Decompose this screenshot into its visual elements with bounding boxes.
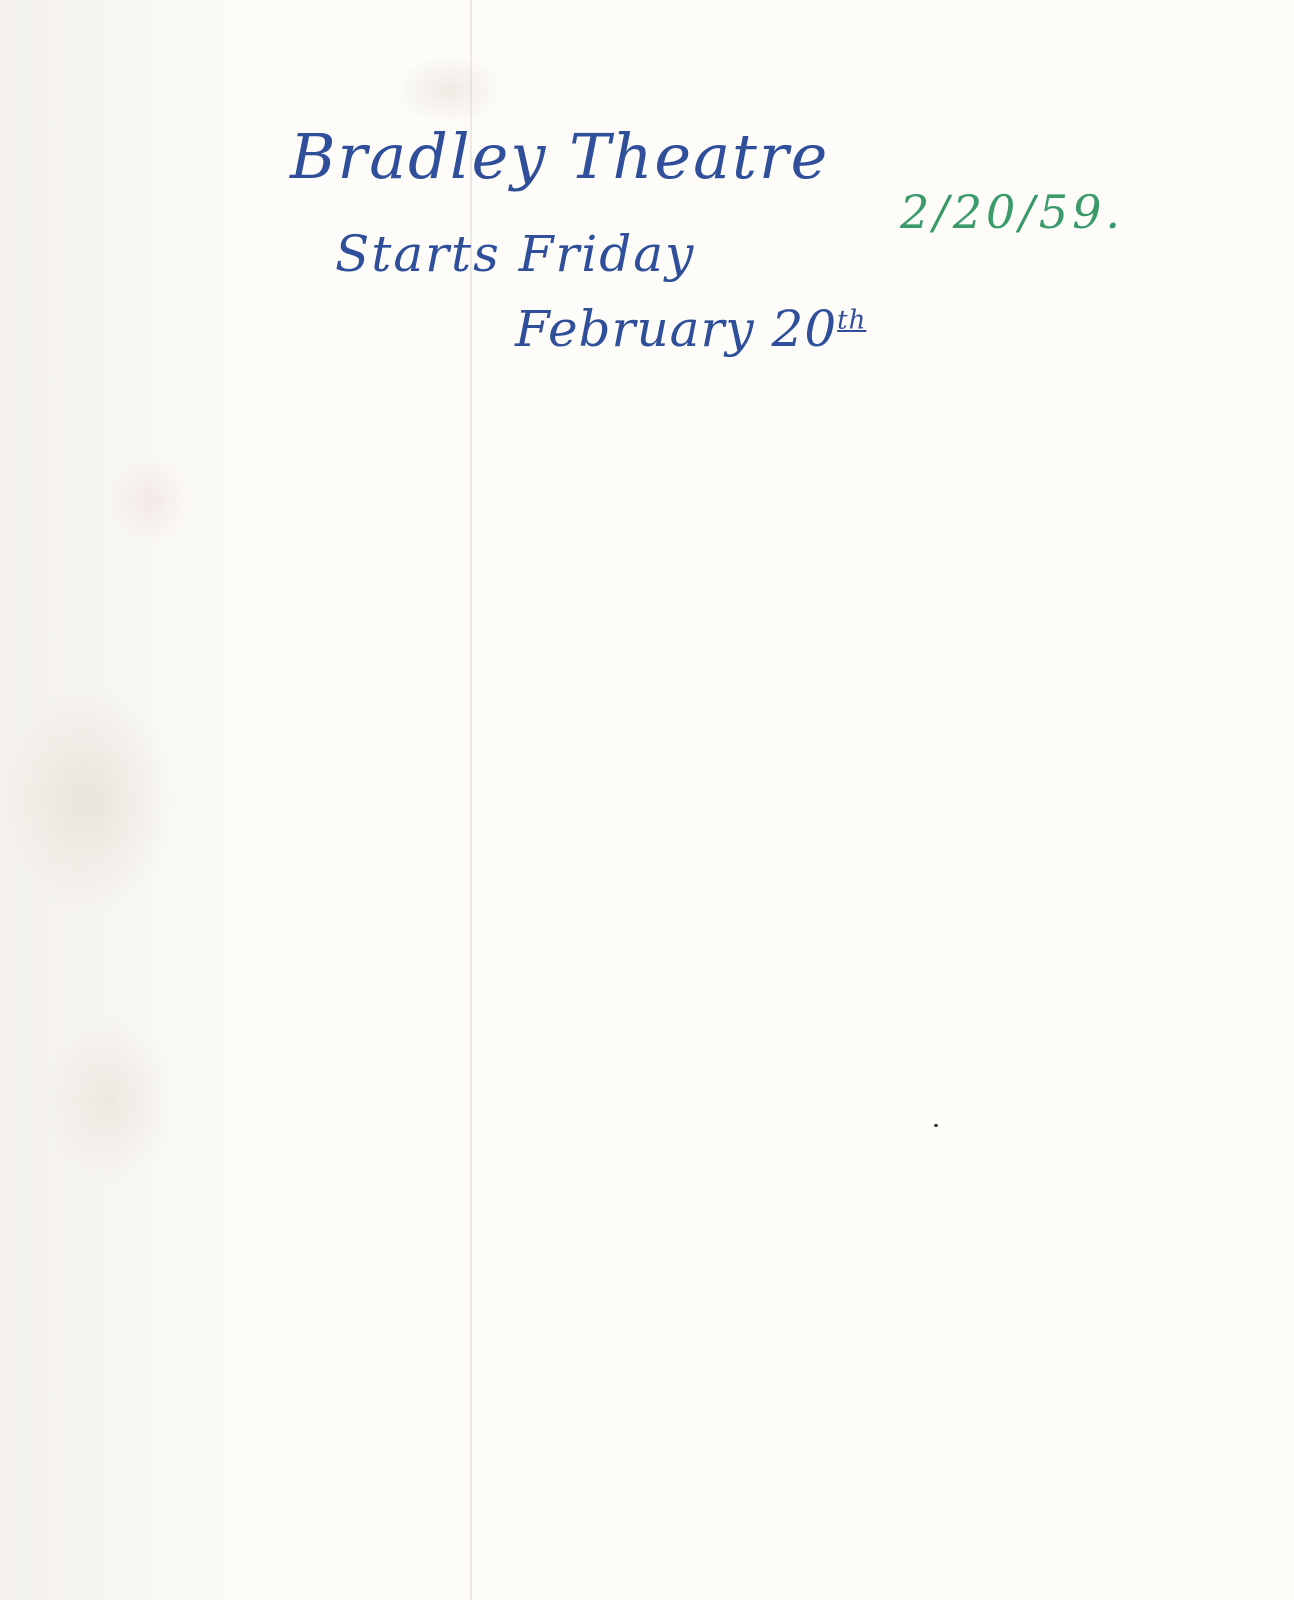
handwritten-line-starts: Starts Friday [335, 225, 695, 283]
handwritten-date-note: 2/20/59. [900, 185, 1124, 239]
paper-speck [934, 1124, 938, 1127]
handwritten-line-date: February 20th [515, 300, 866, 358]
handwritten-line-theatre: Bradley Theatre [290, 120, 829, 193]
ordinal-suffix: th [837, 305, 866, 335]
date-text: February 20 [515, 300, 837, 358]
